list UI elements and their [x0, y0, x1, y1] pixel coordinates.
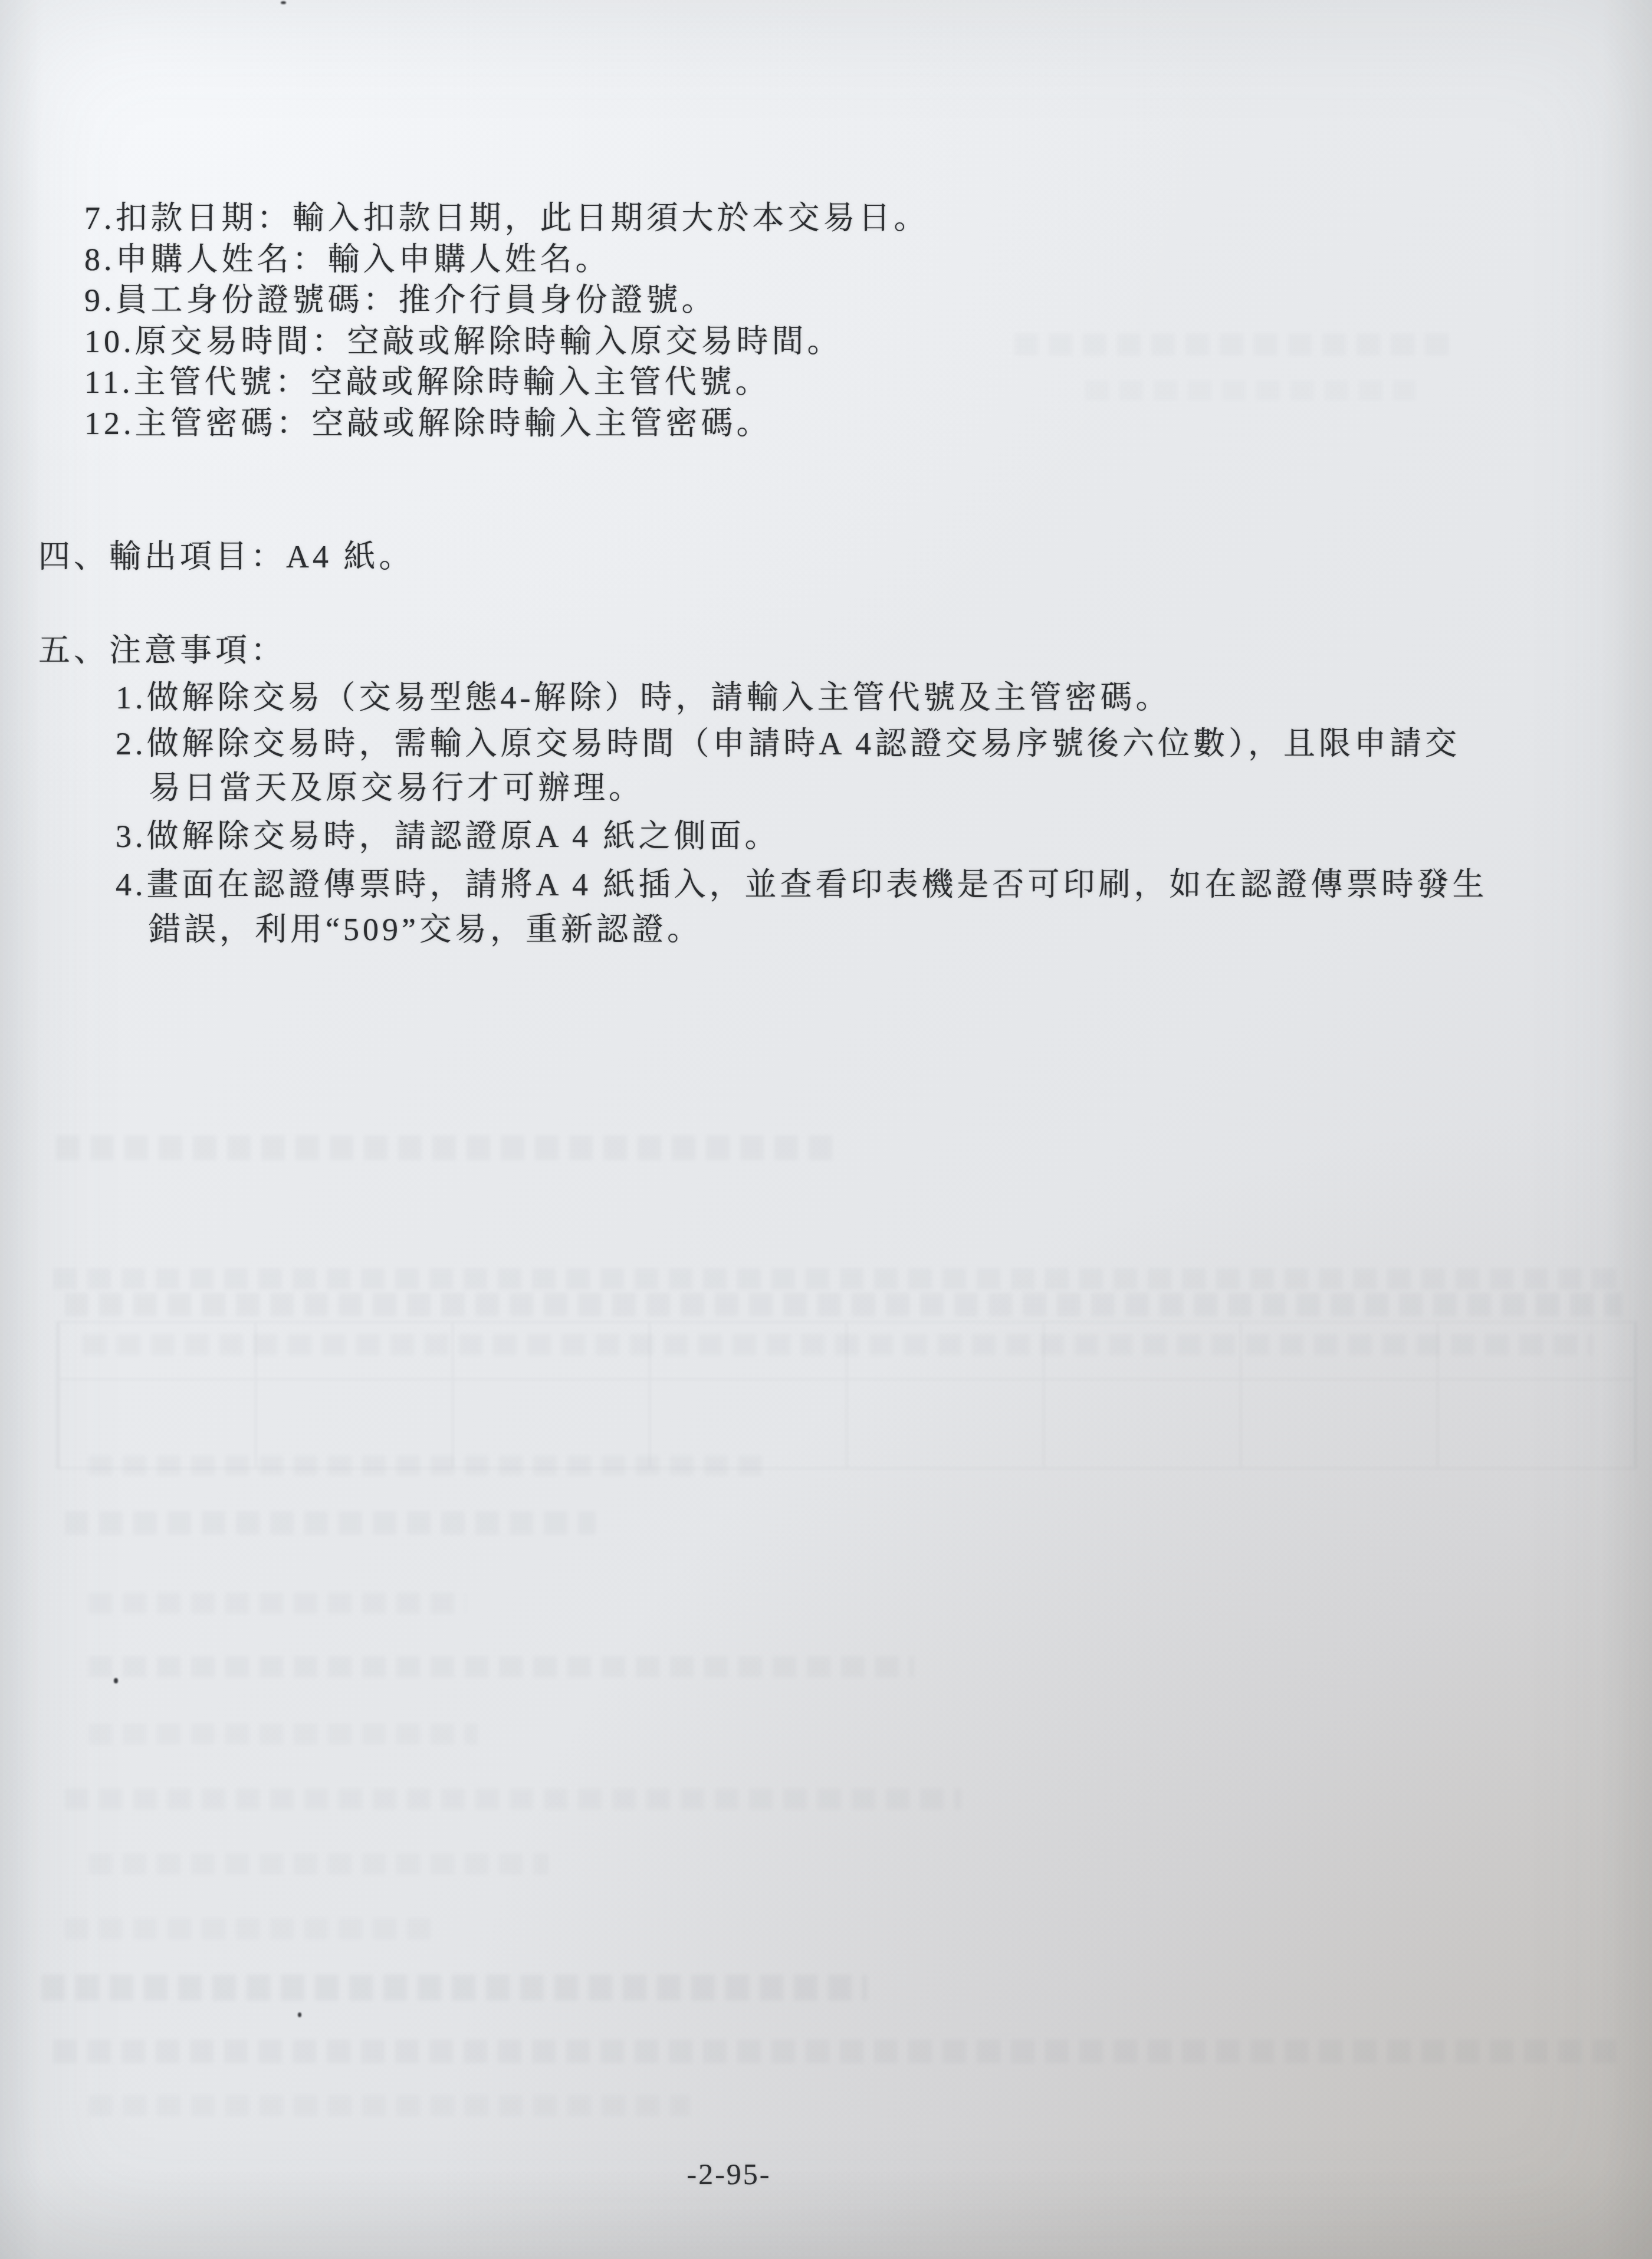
ink-speck [281, 1, 286, 4]
list-item-7: 7.扣款日期：輸入扣款日期，此日期須大於本交易日。 [84, 198, 930, 239]
bleed-through-line [41, 1975, 867, 2001]
note-line-4: 4.畫面在認證傳票時，請將A 4 紙插入，並查看印表機是否可印刷，如在認證傳票時… [116, 859, 1488, 905]
list-item-10: 10.原交易時間：空敲或解除時輸入原交易時間。 [84, 321, 930, 363]
list-item-8: 8.申購人姓名：輸入申購人姓名。 [84, 239, 930, 281]
bleed-through-line [1014, 333, 1451, 356]
bleed-through-line [53, 1268, 1628, 1289]
bleed-through-line [88, 2095, 690, 2116]
bleed-through-line [53, 2040, 1622, 2063]
bleed-through-line [88, 1656, 914, 1677]
bleed-through-line [88, 1853, 549, 1874]
list-item-12: 12.主管密碼：空敲或解除時輸入主管密碼。 [84, 403, 930, 445]
note-line-3: 3.做解除交易時，請認證原A 4 紙之側面。 [116, 811, 780, 856]
list-item-9: 9.員工身份證號碼：推介行員身份證號。 [84, 280, 930, 321]
bleed-through-line [88, 1723, 478, 1745]
numbered-field-list: 7.扣款日期：輸入扣款日期，此日期須大於本交易日。 8.申購人姓名：輸入申購人姓… [84, 198, 930, 445]
section-five-notes-heading: 五、注意事項： [38, 625, 286, 671]
list-item-11: 11.主管代號：空敲或解除時輸入主管代號。 [84, 362, 930, 403]
bleed-through-line [65, 1788, 961, 1810]
note-line-1: 1.做解除交易（交易型態4-解除）時，請輸入主管代號及主管密碼。 [116, 672, 1171, 718]
bleed-through-line [83, 1334, 1592, 1355]
bleed-through-line [88, 1456, 767, 1476]
bleed-through-line [88, 1593, 466, 1614]
section-four-output-heading: 四、輸出項目：A4 紙。 [38, 531, 415, 577]
scanned-document-page: 7.扣款日期：輸入扣款日期，此日期須大於本交易日。 8.申購人姓名：輸入申購人姓… [0, 0, 1652, 2259]
page-number: -2-95- [623, 2157, 835, 2191]
bleed-through-line [65, 1918, 431, 1939]
note-line-2: 2.做解除交易時，需輸入原交易時間（申請時A 4認證交易序號後六位數），且限申請… [116, 718, 1460, 764]
bleed-through-line [1085, 380, 1415, 400]
bleed-through-line [65, 1293, 1622, 1316]
ink-speck [114, 1678, 118, 1683]
bleed-through-line [65, 1511, 596, 1535]
note-line-2-continuation: 易日當天及原交易行才可辦理。 [149, 763, 644, 808]
note-line-4-continuation: 錯誤，利用“509”交易，重新認證。 [149, 904, 702, 950]
ink-speck [298, 2012, 301, 2017]
bleed-through-line [56, 1135, 840, 1160]
